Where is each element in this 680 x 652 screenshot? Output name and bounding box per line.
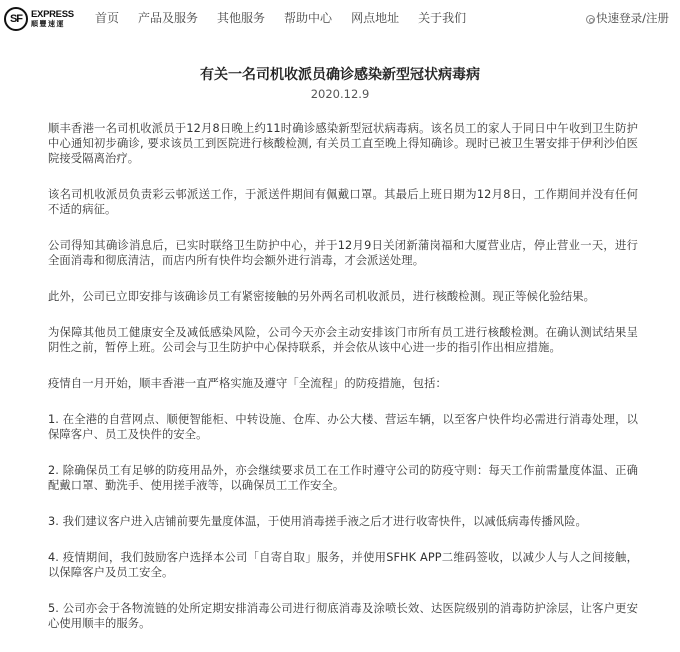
measure-item-1: 1. 在全港的自营网点、顺便智能柜、中转设施、仓库、办公大楼、营运车辆，以至客户… <box>48 412 638 442</box>
quick-login-register-link[interactable]: 快速登录/注册 <box>586 10 669 26</box>
user-circle-icon <box>586 15 595 24</box>
nav-item-help-center[interactable]: 帮助中心 <box>284 9 332 26</box>
measure-item-4: 4. 疫情期间，我们鼓励客户选择本公司「自寄自取」服务，并使用SFHK APP二… <box>48 550 638 580</box>
sf-logo-mark: SF <box>4 7 28 31</box>
nav-item-about-us[interactable]: 关于我们 <box>418 9 466 26</box>
measure-item-3: 3. 我们建议客户进入店铺前要先量度体温，于使用消毒搓手液之后才进行收寄快件，以… <box>48 514 638 529</box>
article-paragraph: 为保障其他员工健康安全及减低感染风险，公司今天亦会主动安排该门市所有员工进行核酸… <box>48 325 638 355</box>
logo-text: EXPRESS 順豐速運 <box>31 10 74 28</box>
logo-text-cn: 順豐速運 <box>31 21 74 28</box>
article-paragraph: 该名司机收派员负责彩云邨派送工作，于派送件期间有佩戴口罩。其最后上班日期为12月… <box>48 187 638 217</box>
sf-express-logo[interactable]: SF EXPRESS 順豐速運 <box>4 6 74 32</box>
site-header: SF EXPRESS 順豐速運 首页 产品及服务 其他服务 帮助中心 网点地址 … <box>0 0 680 36</box>
nav-item-outlet-address[interactable]: 网点地址 <box>351 9 399 26</box>
measure-item-2: 2. 除确保员工有足够的防疫用品外，亦会继续要求员工在工作时遵守公司的防疫守则：… <box>48 463 638 493</box>
nav-item-other-services[interactable]: 其他服务 <box>217 9 265 26</box>
login-label: 快速登录/注册 <box>596 10 669 26</box>
article-title: 有关一名司机收派员确诊感染新型冠状病毒病 <box>0 64 680 84</box>
logo-text-en: EXPRESS <box>31 10 74 20</box>
article-body: 顺丰香港一名司机收派员于12月8日晚上约11时确诊感染新型冠状病毒病。该名员工的… <box>48 121 638 629</box>
article-paragraph: 此外，公司已立即安排与该确诊员工有紧密接触的另外两名司机收派员，进行核酸检测。现… <box>48 289 638 304</box>
article-paragraph: 顺丰香港一名司机收派员于12月8日晚上约11时确诊感染新型冠状病毒病。该名员工的… <box>48 121 638 166</box>
nav-item-home[interactable]: 首页 <box>95 9 119 26</box>
nav-item-products-services[interactable]: 产品及服务 <box>138 9 198 26</box>
article-paragraph: 公司得知其确诊消息后，已实时联络卫生防护中心，并于12月9日关闭新蒲岗福和大厦营… <box>48 238 638 268</box>
article-date: 2020.12.9 <box>0 87 680 101</box>
article-paragraph: 疫情自一月开始，顺丰香港一直严格实施及遵守「全流程」的防疫措施，包括： <box>48 376 638 391</box>
measure-item-5: 5. 公司亦会于各物流链的处所定期安排消毒公司进行彻底消毒及涂喷长效、达医院级别… <box>48 601 638 629</box>
main-nav: 首页 产品及服务 其他服务 帮助中心 网点地址 关于我们 <box>95 9 485 26</box>
